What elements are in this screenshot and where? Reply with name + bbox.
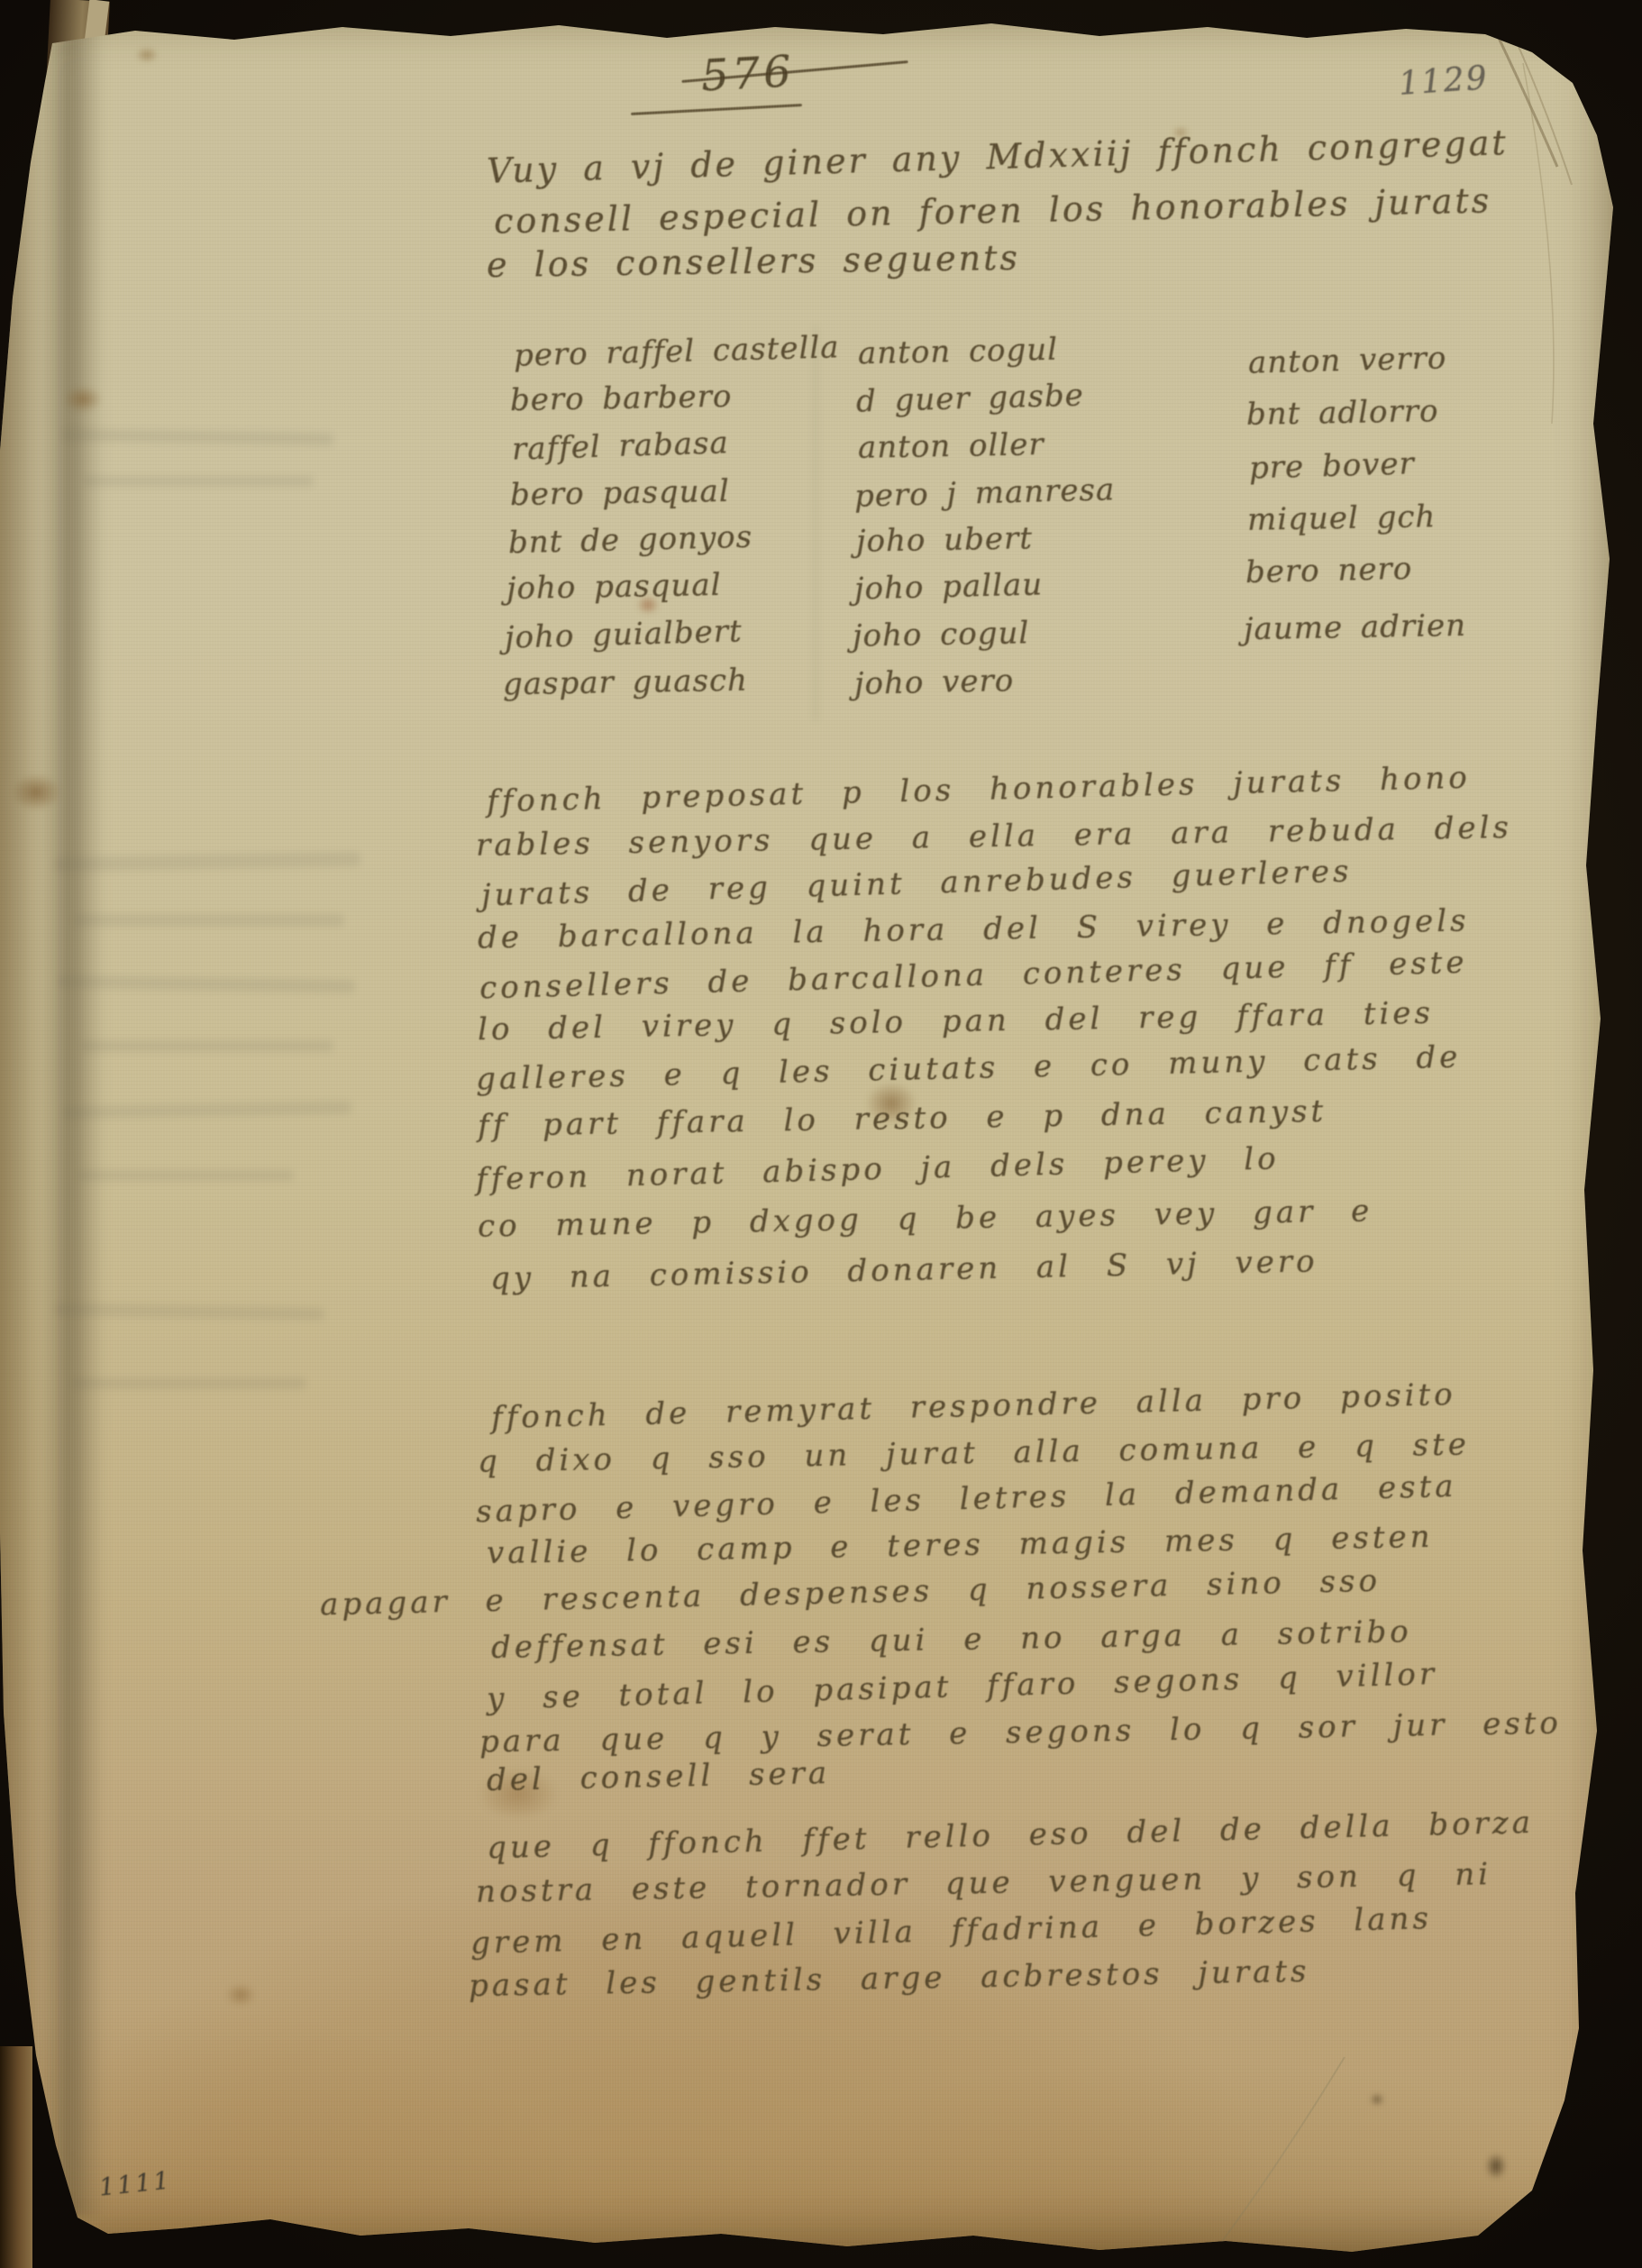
- edge-shading: [0, 0, 1642, 2268]
- corner-ink-flick: ʒ: [1568, 2209, 1584, 2236]
- manuscript-page: 576 1129 1111 ʒ Vuy a vj de giner any Md…: [0, 0, 1642, 2268]
- binding-edge-bottom: [0, 2046, 32, 2268]
- manuscript-photo: 576 1129 1111 ʒ Vuy a vj de giner any Md…: [0, 0, 1642, 2268]
